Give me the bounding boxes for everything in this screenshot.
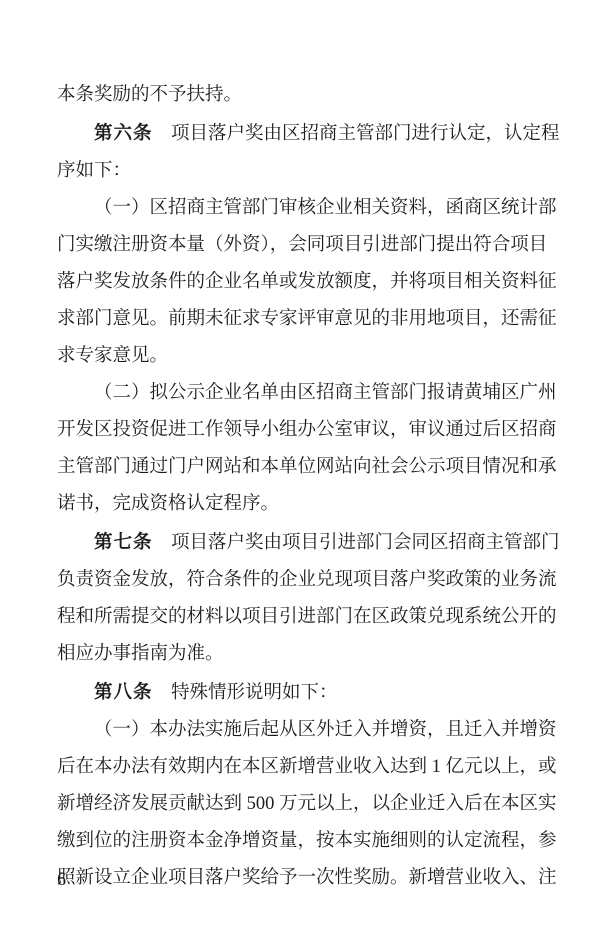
text-line: 序如下： — [57, 153, 545, 190]
text-line: 第七条 项目落户奖由项目引进部门会同区招商主管部门 — [57, 523, 545, 562]
page-footer: 6 — [57, 864, 157, 894]
text-line: 缴到位的注册资本金净增资量，按本实施细则的认定流程，参 — [57, 823, 545, 860]
text-line: 本条奖励的不予扶持。 — [57, 77, 545, 114]
text-line: 落户奖发放条件的企业名单或发放额度，并将项目相关资料征 — [57, 264, 545, 301]
text-line: 程和所需提交的材料以项目引进部门在区政策兑现系统公开的 — [57, 599, 545, 636]
paragraph: （一）区招商主管部门审核企业相关资料，函商区统计部门实缴注册资本量（外资），会同… — [57, 190, 545, 375]
text-line: 新增经济发展贡献达到 500 万元以上，以企业迁入后在本区实 — [57, 786, 545, 823]
paragraph: 第七条 项目落户奖由项目引进部门会同区招商主管部门负责资金发放，符合条件的企业兑… — [57, 523, 545, 673]
text-line: 负责资金发放，符合条件的企业兑现项目落户奖政策的业务流 — [57, 562, 545, 599]
text-line: （一）本办法实施后起从区外迁入并增资，且迁入并增资 — [57, 712, 545, 749]
text-line: 后在本办法有效期内在本区新增营业收入达到 1 亿元以上，或 — [57, 749, 545, 786]
paragraph: （二）拟公示企业名单由区招商主管部门报请黄埔区广州开发区投资促进工作领导小组办公… — [57, 375, 545, 523]
text-line: 第八条 特殊情形说明如下： — [57, 673, 545, 712]
line-text: 项目落户奖由项目引进部门会同区招商主管部门 — [153, 533, 560, 553]
text-line: 诺书，完成资格认定程序。 — [57, 486, 545, 523]
paragraph: 本条奖励的不予扶持。 — [57, 77, 545, 114]
page-number: 6 — [57, 869, 66, 889]
article-number-heading: 第六条 — [94, 122, 153, 143]
text-line: （二）拟公示企业名单由区招商主管部门报请黄埔区广州 — [57, 375, 545, 412]
line-text: 项目落户奖由区招商主管部门进行认定，认定程 — [153, 124, 560, 144]
text-line: 第六条 项目落户奖由区招商主管部门进行认定，认定程 — [57, 114, 545, 153]
paragraph: 第六条 项目落户奖由区招商主管部门进行认定，认定程序如下： — [57, 114, 545, 190]
text-line: （一）区招商主管部门审核企业相关资料，函商区统计部 — [57, 190, 545, 227]
document-body: 本条奖励的不予扶持。第六条 项目落户奖由区招商主管部门进行认定，认定程序如下：（… — [57, 77, 545, 897]
article-number-heading: 第八条 — [94, 681, 153, 702]
text-line: 主管部门通过门户网站和本单位网站向社会公示项目情况和承 — [57, 449, 545, 486]
article-number-heading: 第七条 — [94, 531, 153, 552]
text-line: 门实缴注册资本量（外资），会同项目引进部门提出符合项目 — [57, 227, 545, 264]
text-line: 开发区投资促进工作领导小组办公室审议，审议通过后区招商 — [57, 412, 545, 449]
text-line: 求专家意见。 — [57, 338, 545, 375]
text-line: 相应办事指南为准。 — [57, 636, 545, 673]
text-line: 求部门意见。前期未征求专家评审意见的非用地项目，还需征 — [57, 301, 545, 338]
paragraph: 第八条 特殊情形说明如下： — [57, 673, 545, 712]
line-text: 特殊情形说明如下： — [153, 683, 338, 703]
